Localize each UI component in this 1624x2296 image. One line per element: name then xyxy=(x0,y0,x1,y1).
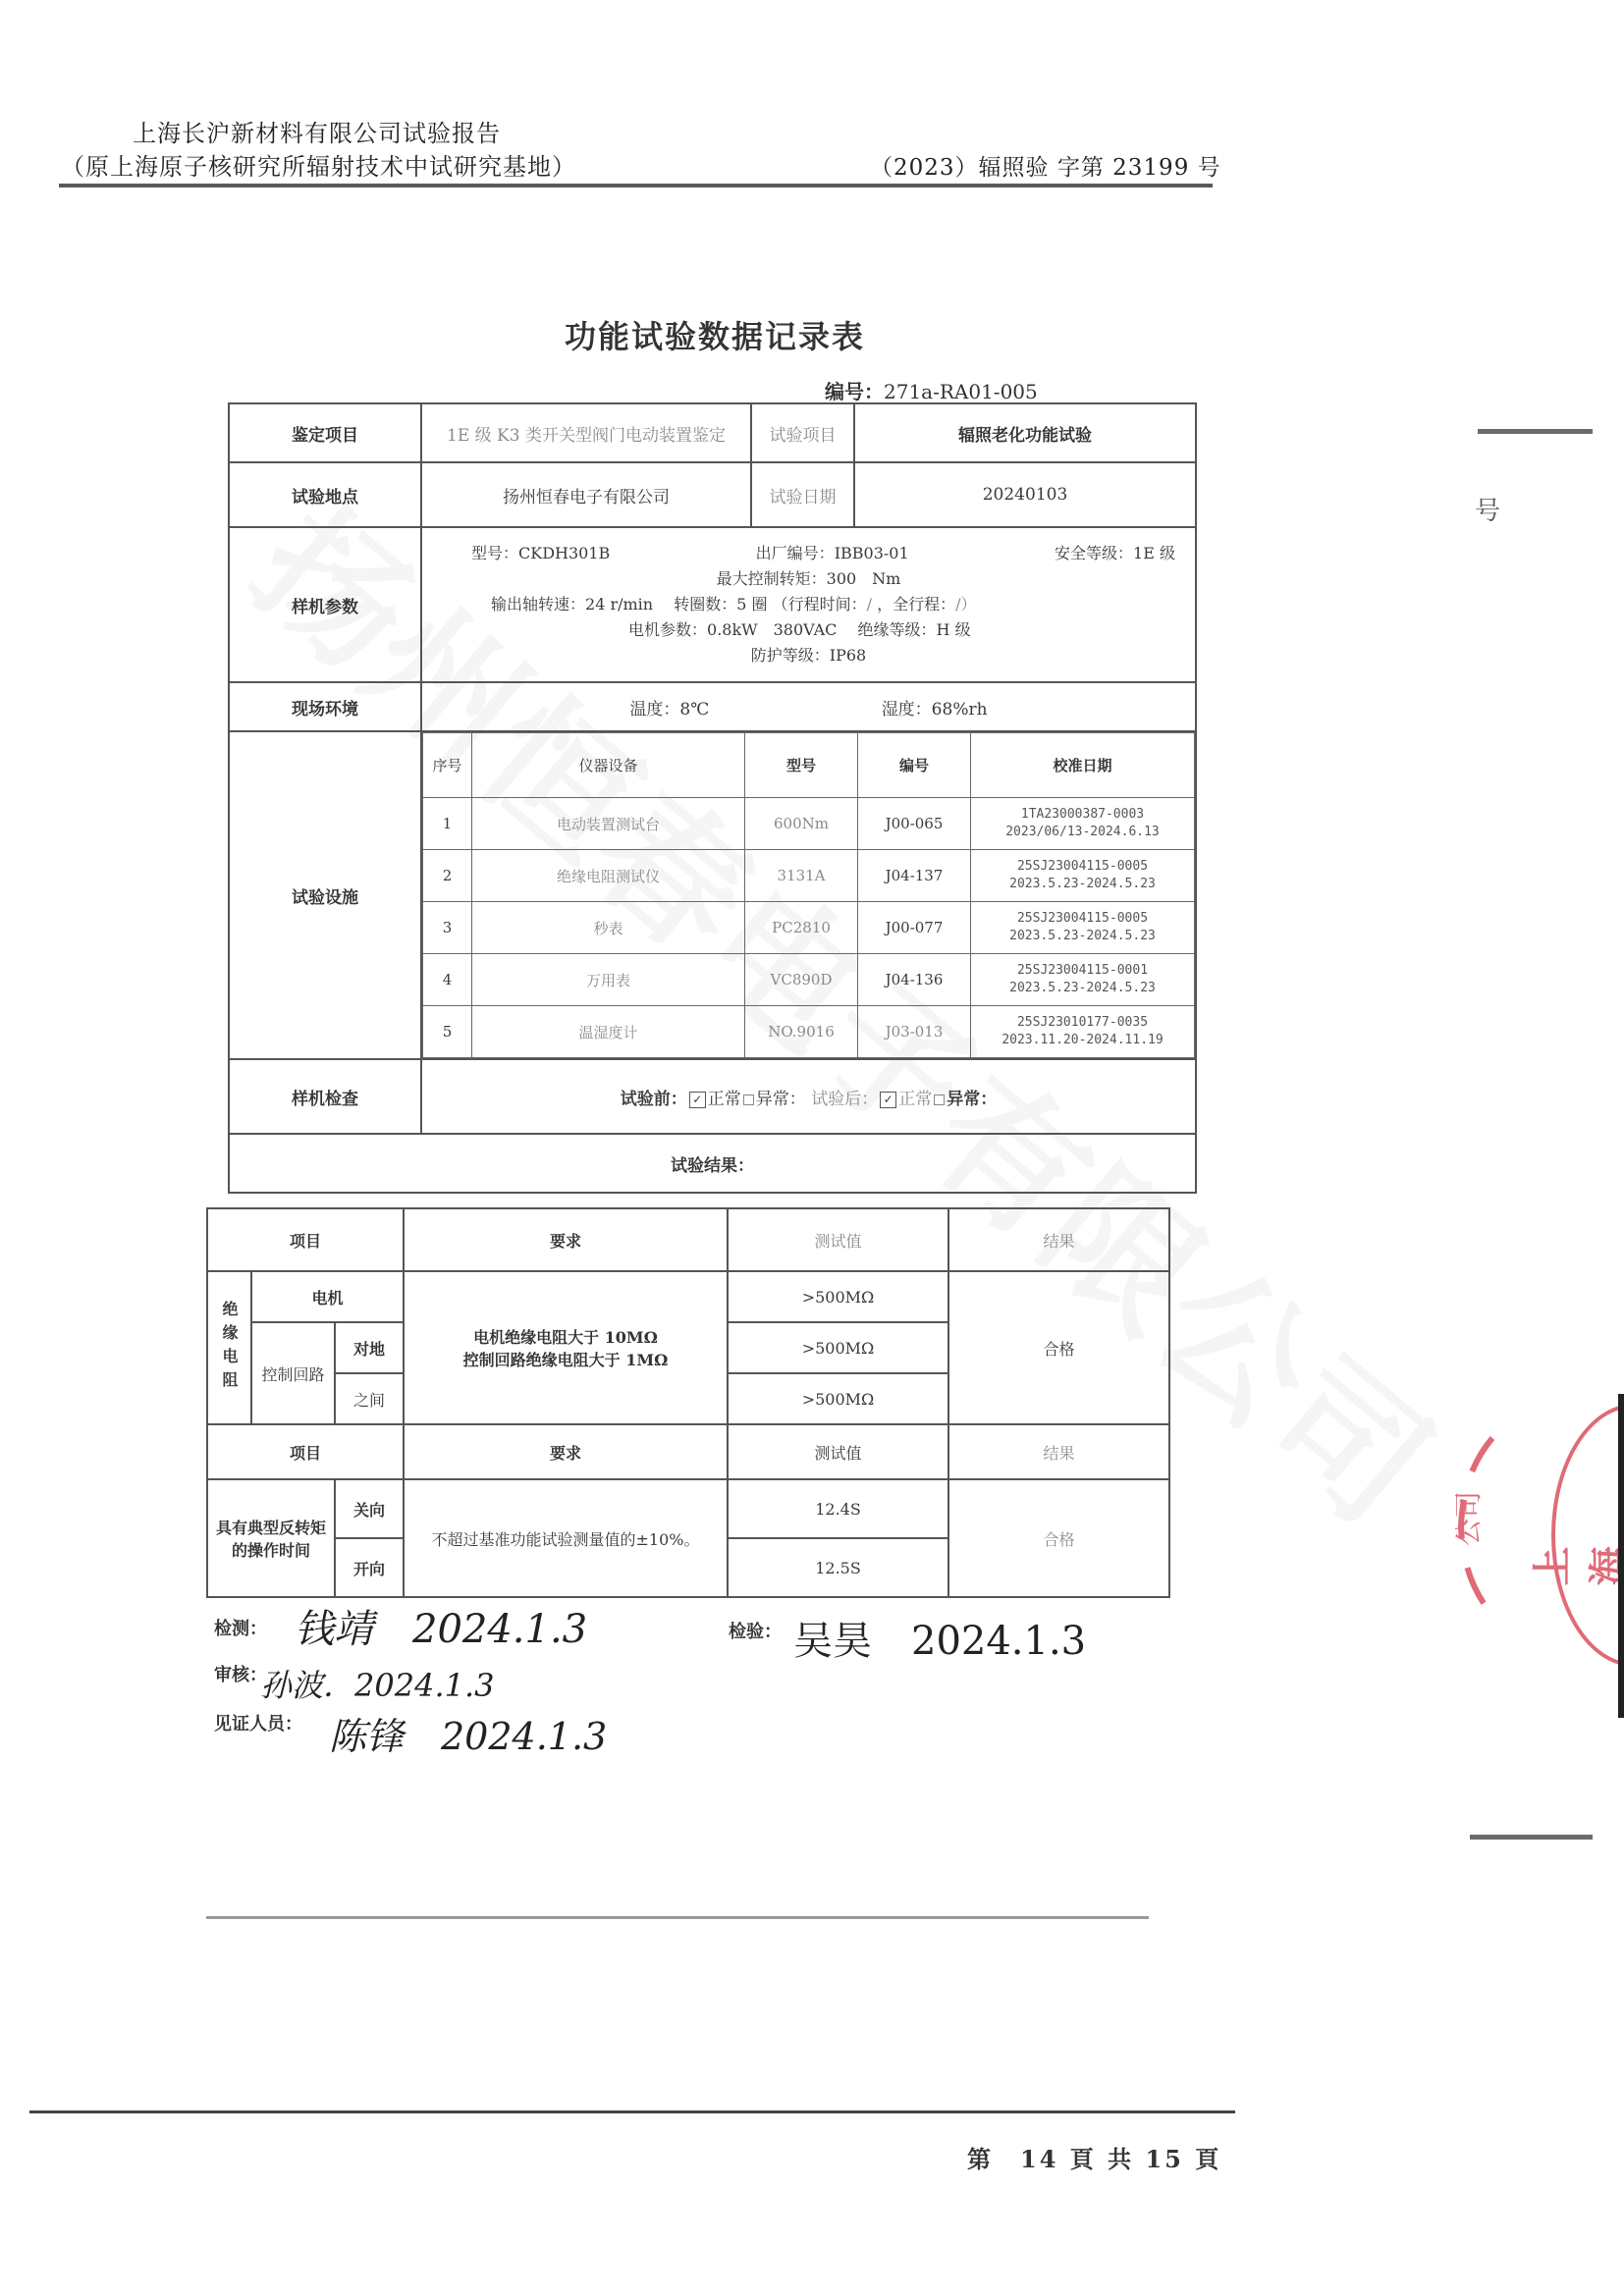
model-field: 型号：CKDH301B xyxy=(471,541,610,566)
max-torque-field: 最大控制转矩：300 Nm xyxy=(442,566,1175,592)
report-number: （2023）辐照验 字第 23199 号 xyxy=(870,149,1221,182)
speed-field: 输出轴转速：24 r/min 转圈数：5 圈 （行程时间：/ ，全行程：/） xyxy=(442,592,1175,617)
test-item-label: 试验项目 xyxy=(751,403,854,462)
verifier-signature: 吴昊 2024.1.3 xyxy=(793,1610,1086,1666)
inspection-label: 样机检查 xyxy=(229,1059,421,1134)
col-header: 序号 xyxy=(423,733,472,798)
tester-label: 检测： xyxy=(214,1615,267,1640)
org-name: 上海长沪新材料有限公司试验报告 xyxy=(133,114,501,148)
insulation-group: 绝缘电阻 xyxy=(207,1271,251,1424)
col-header: 要求 xyxy=(404,1208,728,1271)
table-row: 5 温湿度计 NO.9016 J03-013 25SJ23010177-0035… xyxy=(423,1006,1195,1058)
safety-field: 安全等级：1E 级 xyxy=(1055,541,1175,566)
header-rule xyxy=(59,184,1213,187)
protection-field: 防护等级：IP68 xyxy=(442,643,1175,668)
footer-rule xyxy=(29,2110,1235,2113)
witness-signature: 陈锋 2024.1.3 xyxy=(329,1706,607,1760)
col-header: 测试值 xyxy=(728,1208,948,1271)
footer-rule xyxy=(206,1916,1149,1919)
close-direction-label: 关向 xyxy=(335,1479,404,1538)
environment-label: 现场环境 xyxy=(229,682,421,731)
after-abnormal-checkbox[interactable] xyxy=(934,1095,945,1105)
test-date-value: 20240103 xyxy=(854,462,1196,527)
test-site-label: 试验地点 xyxy=(229,462,421,527)
timing-requirement: 不超过基准功能试验测量值的±10%。 xyxy=(404,1479,728,1597)
between-label: 之间 xyxy=(335,1373,404,1424)
company-seal-icon xyxy=(1551,1404,1624,1667)
stamp-fragment-icon: 公司 xyxy=(1443,1433,1502,1620)
verifier-label: 检验： xyxy=(729,1618,782,1643)
page-number: 第 14 頁 共 15 頁 xyxy=(967,2140,1221,2174)
table-row: 3 秒表 PC2810 J00-077 25SJ23004115-0005202… xyxy=(423,902,1195,954)
table-row: 2 绝缘电阻测试仪 3131A J04-137 25SJ23004115-000… xyxy=(423,850,1195,902)
results-title: 试验结果： xyxy=(229,1134,1196,1193)
open-value: 12.5S xyxy=(728,1538,948,1597)
before-abnormal-checkbox[interactable] xyxy=(743,1095,754,1105)
insulation-requirement: 电机绝缘电阻大于 10MΩ控制回路绝缘电阻大于 1MΩ xyxy=(404,1271,728,1424)
temperature: 温度：8℃ xyxy=(629,700,709,720)
motor-label: 电机 xyxy=(251,1271,404,1322)
insulation-value: >500MΩ xyxy=(728,1322,948,1373)
equipment-label: 试验设施 xyxy=(229,731,421,1059)
insulation-value: >500MΩ xyxy=(728,1271,948,1322)
insulation-value: >500MΩ xyxy=(728,1373,948,1424)
col-header: 测试值 xyxy=(728,1424,948,1479)
margin-rule xyxy=(1478,429,1593,434)
timing-result: 合格 xyxy=(948,1479,1169,1597)
appraisal-item-value: 1E 级 K3 类开关型阀门电动装置鉴定 xyxy=(421,403,751,462)
col-header: 仪器设备 xyxy=(472,733,745,798)
margin-char: 号 xyxy=(1475,491,1500,527)
serial-field: 出厂编号：IBB03-01 xyxy=(756,541,909,566)
col-header: 要求 xyxy=(404,1424,728,1479)
record-table: 鉴定项目 1E 级 K3 类开关型阀门电动装置鉴定 试验项目 辐照老化功能试验 … xyxy=(228,402,1197,1194)
test-item-value: 辐照老化功能试验 xyxy=(854,403,1196,462)
equipment-table: 序号 仪器设备 型号 编号 校准日期 1 电动装置测试台 600Nm J00-0… xyxy=(422,732,1195,1058)
scan-edge xyxy=(1618,1394,1624,1718)
form-title: 功能试验数据记录表 xyxy=(565,312,865,357)
test-date-label: 试验日期 xyxy=(751,462,854,527)
appraisal-item-label: 鉴定项目 xyxy=(229,403,421,462)
to-ground-label: 对地 xyxy=(335,1322,404,1373)
reviewer-signature: 孙波．2024.1.3 xyxy=(260,1661,495,1706)
results-table: 项目 要求 测试值 结果 绝缘电阻 电机 电机绝缘电阻大于 10MΩ控制回路绝缘… xyxy=(206,1207,1170,1598)
control-circuit-label: 控制回路 xyxy=(251,1322,335,1424)
svg-text:公司: 公司 xyxy=(1452,1491,1485,1546)
col-header: 结果 xyxy=(948,1424,1169,1479)
reviewer-label: 审核： xyxy=(214,1661,267,1686)
insulation-result: 合格 xyxy=(948,1271,1169,1424)
after-normal-checkbox[interactable]: ✓ xyxy=(880,1092,896,1108)
margin-rule xyxy=(1470,1835,1593,1840)
org-subtitle: （原上海原子核研究所辐射技术中试研究基地） xyxy=(61,147,576,182)
motor-field: 电机参数：0.8kW 380VAC 绝缘等级：H 级 xyxy=(442,617,1175,643)
col-header: 结果 xyxy=(948,1208,1169,1271)
col-header: 编号 xyxy=(858,733,971,798)
form-number-value: 271a-RA01-005 xyxy=(884,380,1038,403)
inspection-values: 试验前：✓正常异常： 试验后：✓正常异常： xyxy=(421,1059,1196,1134)
table-row: 4 万用表 VC890D J04-136 25SJ23004115-000120… xyxy=(423,954,1195,1006)
col-header: 型号 xyxy=(745,733,858,798)
col-header: 项目 xyxy=(207,1208,404,1271)
form-number: 编号：271a-RA01-005 xyxy=(825,376,1038,404)
open-direction-label: 开向 xyxy=(335,1538,404,1597)
sample-params: 型号：CKDH301B 出厂编号：IBB03-01 安全等级：1E 级 最大控制… xyxy=(421,527,1196,682)
form-number-label: 编号： xyxy=(825,380,884,403)
close-value: 12.4S xyxy=(728,1479,948,1538)
witness-label: 见证人员： xyxy=(214,1710,302,1735)
table-row: 1 电动装置测试台 600Nm J00-065 1TA23000387-0003… xyxy=(423,798,1195,850)
tester-signature: 钱靖 2024.1.3 xyxy=(295,1598,587,1654)
sample-params-label: 样机参数 xyxy=(229,527,421,682)
col-header: 项目 xyxy=(207,1424,404,1479)
test-site-value: 扬州恒春电子有限公司 xyxy=(421,462,751,527)
seal-text: 上海长 xyxy=(1522,1547,1624,1586)
environment-values: 温度：8℃ 湿度：68%rh xyxy=(421,682,1196,731)
before-normal-checkbox[interactable]: ✓ xyxy=(689,1092,706,1108)
timing-item: 具有典型反转矩的操作时间 xyxy=(207,1479,335,1597)
humidity: 湿度：68%rh xyxy=(882,700,988,720)
col-header: 校准日期 xyxy=(971,733,1195,798)
